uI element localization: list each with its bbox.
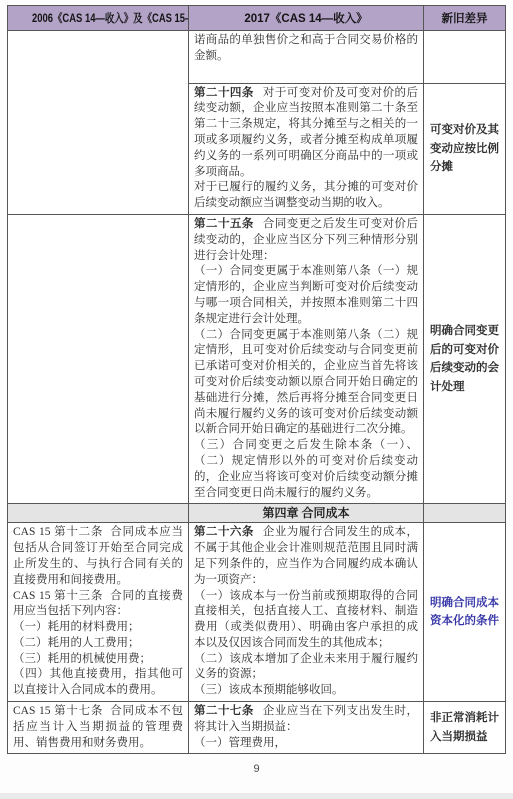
new-standard-cell: 第二十四条对于可变对价及可变对价的后续变动额，企业应当按照本准则第二十条至第二十… bbox=[189, 83, 424, 214]
difference-cell: 明确合同成本资本化的条件 bbox=[424, 523, 506, 702]
difference-note: 可变对价及其变动应按比例分摊 bbox=[430, 124, 499, 173]
comparison-table-body: 诺商品的单独售价之和高于合同交易价格的金额。第二十四条对于可变对价及可变对价的后… bbox=[8, 31, 506, 754]
paragraph: CAS 15 第十七条合同成本不包括应当计入当期损益的管理费用、销售费用和财务费… bbox=[13, 704, 183, 751]
section-header-row: 第四章 合同成本 bbox=[8, 504, 506, 523]
new-standard-cell: 第二十七条企业应当在下列支出发生时，将其计入当期损益：（一）管理费用， bbox=[189, 702, 424, 754]
difference-cell bbox=[424, 31, 506, 84]
paragraph: （四）其他直接费用，指其他可以直接计入合同成本的费用。 bbox=[13, 667, 183, 699]
paragraph: 第二十六条企业为履行合同发生的成本，不属于其他企业会计准则规范范围且同时满足下列… bbox=[194, 525, 418, 588]
article-number: 第二十七条 bbox=[194, 705, 263, 717]
scan-edge-shadow bbox=[0, 793, 513, 799]
column-header-difference: 新旧差异 bbox=[424, 6, 506, 31]
paragraph: （一）耗用的材料费用； bbox=[13, 620, 183, 636]
paragraph: 诺商品的单独售价之和高于合同交易价格的金额。 bbox=[194, 33, 418, 65]
paragraph: （三）耗用的机械使用费； bbox=[13, 652, 183, 668]
table-row: 第二十五条合同变更之后发生可变对价后续变动的，企业应当区分下列三种情形分别进行会… bbox=[8, 214, 506, 503]
difference-cell: 非正常消耗计入当期损益 bbox=[424, 702, 506, 754]
column-header-diff-label: 新旧差异 bbox=[442, 13, 488, 25]
header-row: 2006《CAS 14—收入》及《CAS 15—建造合同》 2017《CAS 1… bbox=[8, 6, 506, 31]
article-number: 第二十六条 bbox=[194, 526, 263, 538]
section-empty-cell bbox=[424, 504, 506, 523]
chapter-title: 第四章 合同成本 bbox=[189, 504, 424, 523]
comparison-table: 2006《CAS 14—收入》及《CAS 15—建造合同》 2017《CAS 1… bbox=[7, 5, 506, 754]
difference-note: 明确合同变更后的可变对价后续变动的会计处理 bbox=[430, 325, 499, 393]
new-standard-cell: 第二十五条合同变更之后发生可变对价后续变动的，企业应当区分下列三种情形分别进行会… bbox=[189, 214, 424, 503]
section-empty-cell bbox=[8, 504, 189, 523]
difference-note: 明确合同成本资本化的条件 bbox=[430, 597, 499, 628]
old-standard-cell: CAS 15 第十二条合同成本应当包括从合同签订开始至合同完成止所发生的、与执行… bbox=[8, 523, 189, 702]
paragraph: （一）合同变更属于本准则第八条（一）规定情形的，企业应当判断可变对价后续变动与哪… bbox=[194, 264, 418, 327]
article-number: CAS 15 第十七条 bbox=[13, 705, 110, 717]
table-row: CAS 15 第十七条合同成本不包括应当计入当期损益的管理费用、销售费用和财务费… bbox=[8, 702, 506, 754]
new-standard-cell: 诺商品的单独售价之和高于合同交易价格的金额。 bbox=[189, 31, 424, 84]
paragraph: 对于已履行的履约义务，其分摊的可变对价后续变动额应当调整变动当期的收入。 bbox=[194, 180, 418, 212]
page-number: 9 bbox=[0, 763, 513, 775]
paragraph: （三）合同变更之后发生除本条（一）、（二）规定情形以外的可变对价后续变动的，企业… bbox=[194, 438, 418, 501]
paragraph: （二）合同变更属于本准则第八条（二）规定情形，且可变对价后续变动与合同变更前已承… bbox=[194, 328, 418, 439]
column-header-old-label: 2006《CAS 14—收入》及《CAS 15—建造合同》 bbox=[32, 10, 188, 26]
paragraph: CAS 15 第十三条合同的直接费用应当包括下列内容： bbox=[13, 589, 183, 621]
column-header-new-standard: 2017《CAS 14—收入》 bbox=[189, 6, 424, 31]
paragraph: （三）该成本预期能够收回。 bbox=[194, 683, 418, 699]
paragraph: （二）该成本增加了企业未来用于履行履约义务的资源； bbox=[194, 652, 418, 684]
paragraph: （一）该成本与一份当前或预期取得的合同直接相关，包括直接人工、直接材料、制造费用… bbox=[194, 589, 418, 652]
old-standard-cell bbox=[8, 214, 189, 503]
article-number: 第二十四条 bbox=[194, 87, 263, 99]
difference-cell: 可变对价及其变动应按比例分摊 bbox=[424, 83, 506, 214]
column-header-old-standard: 2006《CAS 14—收入》及《CAS 15—建造合同》 bbox=[8, 6, 189, 31]
old-standard-cell: CAS 15 第十七条合同成本不包括应当计入当期损益的管理费用、销售费用和财务费… bbox=[8, 702, 189, 754]
paragraph: CAS 15 第十二条合同成本应当包括从合同签订开始至合同完成止所发生的、与执行… bbox=[13, 525, 183, 588]
paragraph: （一）管理费用， bbox=[194, 736, 418, 752]
paragraph: 第二十七条企业应当在下列支出发生时，将其计入当期损益： bbox=[194, 704, 418, 736]
difference-note: 非正常消耗计入当期损益 bbox=[430, 712, 499, 743]
table-row: 诺商品的单独售价之和高于合同交易价格的金额。 bbox=[8, 31, 506, 84]
old-standard-cell bbox=[8, 31, 189, 215]
article-number: CAS 15 第十二条 bbox=[13, 526, 110, 538]
column-header-new-label: 2017《CAS 14—收入》 bbox=[244, 13, 367, 25]
difference-cell: 明确合同变更后的可变对价后续变动的会计处理 bbox=[424, 214, 506, 503]
table-header: 2006《CAS 14—收入》及《CAS 15—建造合同》 2017《CAS 1… bbox=[8, 6, 506, 31]
article-number: 第二十五条 bbox=[194, 218, 263, 230]
document-page: 2006《CAS 14—收入》及《CAS 15—建造合同》 2017《CAS 1… bbox=[0, 0, 513, 799]
new-standard-cell: 第二十六条企业为履行合同发生的成本，不属于其他企业会计准则规范范围且同时满足下列… bbox=[189, 523, 424, 702]
paragraph: （二）耗用的人工费用； bbox=[13, 636, 183, 652]
paragraph: 第二十四条对于可变对价及可变对价的后续变动额，企业应当按照本准则第二十条至第二十… bbox=[194, 86, 418, 181]
table-row: CAS 15 第十二条合同成本应当包括从合同签订开始至合同完成止所发生的、与执行… bbox=[8, 523, 506, 702]
paragraph: 第二十五条合同变更之后发生可变对价后续变动的，企业应当区分下列三种情形分别进行会… bbox=[194, 217, 418, 264]
article-number: CAS 15 第十三条 bbox=[13, 590, 110, 602]
